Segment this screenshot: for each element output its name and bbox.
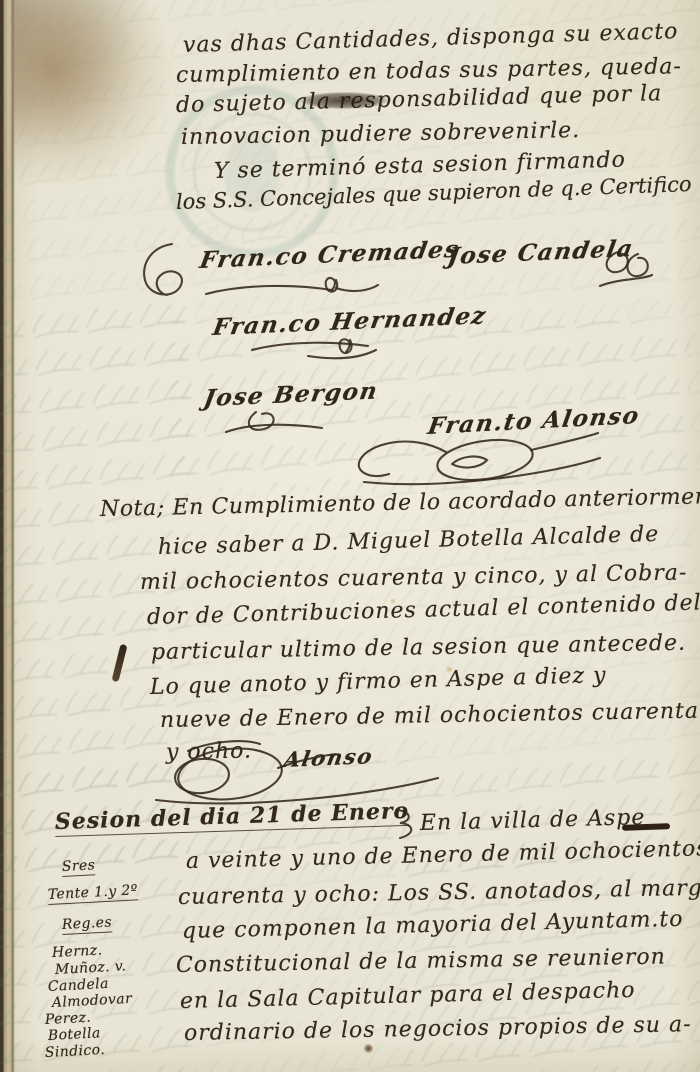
foxing-spot: [390, 598, 396, 604]
signature-rubric: [350, 428, 606, 492]
session-heading: Sesion del dia 21 de Enero: [55, 799, 410, 837]
margin-attendee: Sindico.: [45, 1043, 106, 1062]
text-line: do sujeto ala responsabilidad que por la: [176, 82, 663, 118]
signature-rubric: [202, 276, 384, 308]
margin-attendee: Sres: [62, 858, 96, 877]
signature: Alonso: [282, 744, 375, 771]
text-line: Constitucional de la misma se reunieron: [176, 945, 666, 978]
text-line: ordinario de los negocios propios de su …: [184, 1013, 692, 1046]
text-line: Lo que anoto y firmo en Aspe a diez y: [150, 664, 607, 700]
signature: Jose Bergon: [202, 378, 380, 411]
margin-attendee: Muñoz. v.: [55, 959, 127, 978]
signature-paraph: [136, 240, 198, 304]
manuscript-page: vas dhas Cantidades, disponga su exacto …: [0, 0, 700, 1072]
text-line: vas dhas Cantidades, disponga su exacto: [183, 20, 679, 58]
ink-blot-correction: [300, 92, 388, 109]
filler-dash: [622, 823, 670, 831]
signature: Jose Candela: [446, 236, 636, 269]
text-line: particular ultimo de la sesion que antec…: [151, 632, 686, 666]
text-line: nueve de Enero de mil ochocientos cuaren…: [160, 700, 699, 734]
text-line: que componen la mayoria del Ayuntam.to: [182, 908, 684, 944]
text-line: hice saber a D. Miguel Botella Alcalde d…: [158, 523, 660, 560]
margin-attendee: Tente 1.y 2º: [48, 883, 139, 905]
text-line: Nota; En Cumplimiento de lo acordado ant…: [100, 485, 700, 522]
margin-attendee: Reg.es: [62, 915, 113, 935]
text-line: y ocho.: [166, 740, 252, 766]
signature: Fran.co Hernandez: [211, 303, 489, 340]
margin-attendee: Hernz.: [52, 943, 103, 961]
foxing-spot: [446, 666, 453, 673]
margin-pen-mark: [112, 644, 128, 683]
signature: Fran.to Alonso: [426, 403, 642, 439]
text-line: mil ochocientos cuarenta y cinco, y al C…: [140, 561, 688, 595]
page-binding-edge: [0, 0, 15, 1072]
text-line: En la villa de Aspe: [420, 806, 646, 836]
ink-spot: [364, 1044, 373, 1053]
text-line: cuarenta y ocho: Los SS. anotados, al ma…: [178, 876, 700, 910]
text-line: a veinte y uno de Enero de mil ochocient…: [186, 837, 700, 874]
signature: Fran.co Cremades: [198, 237, 461, 273]
text-line: en la Sala Capitular para el despacho: [180, 979, 636, 1014]
text-line: dor de Contribuciones actual el contenid…: [147, 591, 700, 630]
text-line: innovacion pudiere sobrevenirle.: [181, 119, 581, 150]
margin-attendee: Almodovar: [52, 992, 133, 1012]
signature-rubric: [248, 336, 390, 366]
